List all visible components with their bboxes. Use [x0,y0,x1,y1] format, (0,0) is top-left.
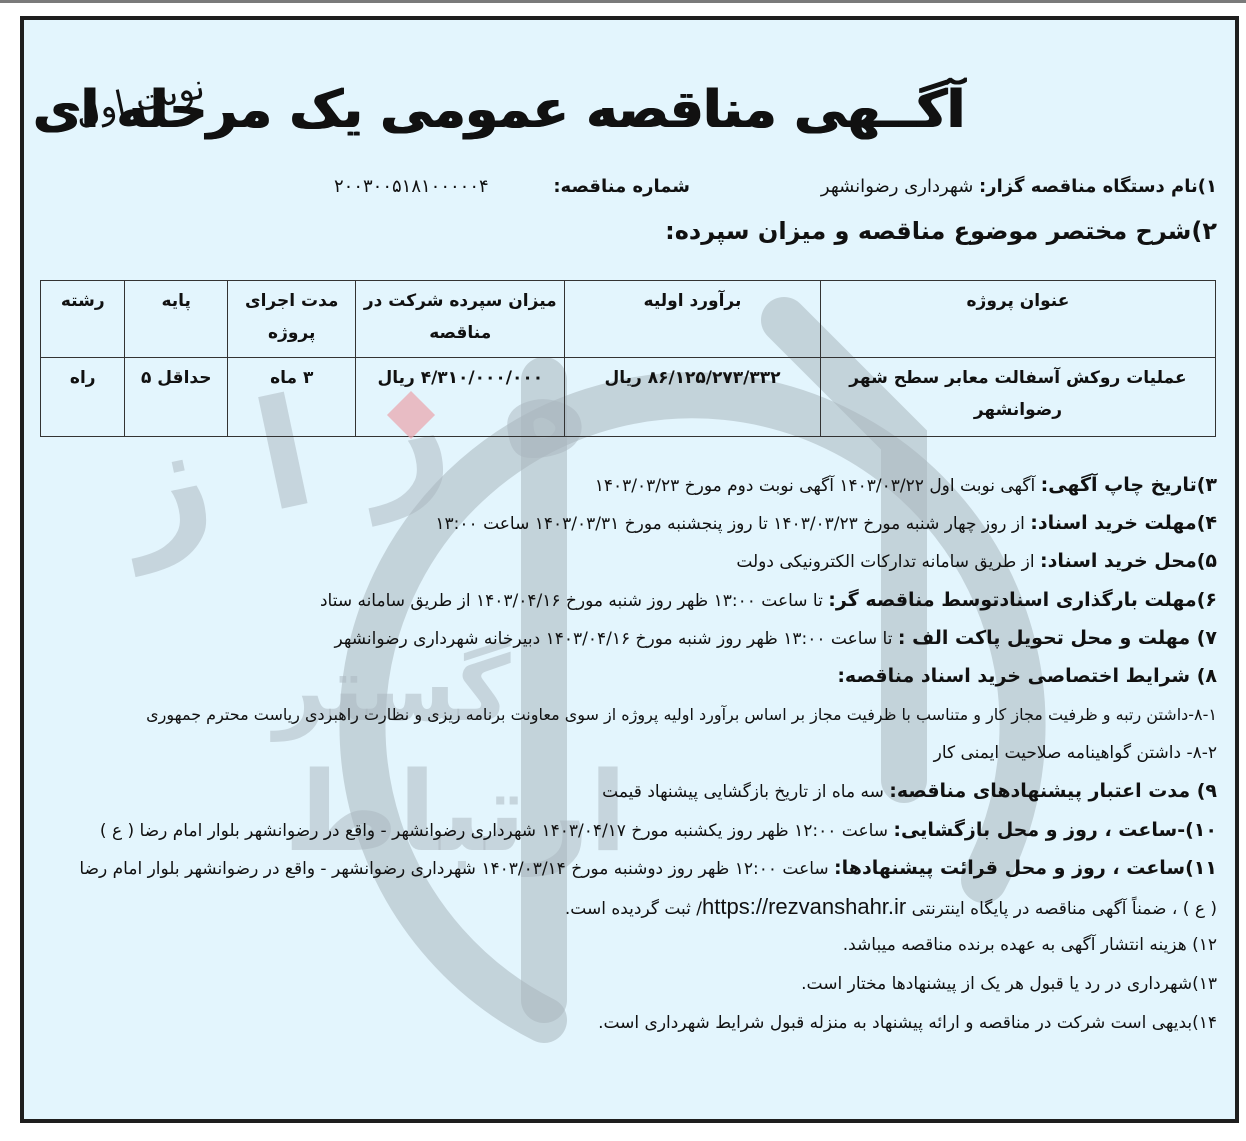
item-6-text: تا ساعت ۱۳:۰۰ ظهر روز شنبه مورخ ۱۴۰۳/۰۴/… [320,591,828,611]
tender-number-label: شماره مناقصه: [553,176,690,197]
item-4-text: از روز چهار شنبه مورخ ۱۴۰۳/۰۳/۲۳ تا روز … [435,514,1030,534]
item-6-label: ۶)مهلت بارگذاری اسنادتوسط مناقصه گر: [828,589,1217,611]
tender-number: ۲۰۰۳۰۰۵۱۸۱۰۰۰۰۰۴ [334,176,489,197]
table-row: عملیات روکش آسفالت معابر سطح شهر رضوانشه… [41,358,1216,437]
cell-deposit: ۴/۳۱۰/۰۰۰/۰۰۰ ریال [356,358,565,437]
col-project-title: عنوان پروژه [820,281,1215,358]
item-10-label: ۱۰)-ساعت ، روز و محل بازگشایی: [893,819,1217,841]
col-deposit: میزان سپرده شرکت در مناقصه [356,281,565,358]
website-link[interactable]: https://rezvanshahr.ir [702,894,906,919]
item-7: ۷) مهلت و محل تحویل پاکت الف : تا ساعت ۱… [335,625,1218,652]
item-10: ۱۰)-ساعت ، روز و محل بازگشایی: ساعت ۱۲:۰… [100,817,1217,844]
item-11: ۱۱)ساعت ، روز و محل قرائت پیشنهادها: ساع… [79,855,1217,882]
table-header-row: عنوان پروژه برآورد اولیه میزان سپرده شرک… [41,281,1216,358]
item-9-text: سه ماه از تاریخ بازگشایی پیشنهاد قیمت [602,782,889,802]
item-7-text: تا ساعت ۱۳:۰۰ ظهر روز شنبه مورخ ۱۴۰۳/۰۴/… [335,629,898,649]
item-8-2: ۸-۲- داشتن گواهینامه صلاحیت ایمنی کار [934,740,1217,766]
col-field: رشته [41,281,125,358]
item-11-continued: ( ع ) ، ضمناً آگهی مناقصه در پایگاه اینت… [565,894,1217,922]
col-grade: پایه [125,281,227,358]
organizer-label: ۱)نام دستگاه مناقصه گزار: [979,176,1217,197]
item-3: ۳)تاریخ چاپ آگهی: آگهی نوبت اول ۱۴۰۳/۰۳/… [595,472,1217,499]
item-5-label: ۵)محل خرید اسناد: [1040,550,1217,572]
cell-field: راه [41,358,125,437]
organizer-value: شهرداری رضوانشهر [821,176,973,197]
cell-project-title: عملیات روکش آسفالت معابر سطح شهر رضوانشه… [820,358,1215,437]
item-11-label: ۱۱)ساعت ، روز و محل قرائت پیشنهادها: [834,857,1217,879]
col-estimate: برآورد اولیه [565,281,821,358]
item-9-label: ۹) مدت اعتبار پیشنهادهای مناقصه: [889,780,1217,802]
cell-duration: ۳ ماه [227,358,356,437]
item-4-label: ۴)مهلت خرید اسناد: [1030,512,1217,534]
item-3-text: آگهی نوبت اول ۱۴۰۳/۰۳/۲۲ آگهی نوبت دوم م… [595,476,1041,496]
top-rule [0,0,1246,3]
item-8-1: ۸-۱-داشتن رتبه و ظرفیت مجاز کار و متناسب… [146,702,1217,728]
item-13: ۱۳)شهرداری در رد یا قبول هر یک از پیشنها… [801,971,1217,997]
col-duration: مدت اجرای پروژه [227,281,356,358]
item-11-text: ساعت ۱۲:۰۰ ظهر روز دوشنبه مورخ ۱۴۰۳/۰۳/۱… [79,859,834,879]
item-5-text: از طریق سامانه تدارکات الکترونیکی دولت [736,552,1040,572]
item-7-label: ۷) مهلت و محل تحویل پاکت الف : [898,627,1217,649]
item-11-cont-text: ( ع ) ، ضمناً آگهی مناقصه در پایگاه اینت… [906,899,1217,919]
cell-estimate: ۸۶/۱۲۵/۲۷۳/۳۳۲ ریال [565,358,821,437]
item-9: ۹) مدت اعتبار پیشنهادهای مناقصه: سه ماه … [602,778,1217,805]
item-14: ۱۴)بدیهی است شرکت در مناقصه و ارائه پیشن… [598,1010,1217,1036]
cell-grade: حداقل ۵ [125,358,227,437]
organizer-line: ۱)نام دستگاه مناقصه گزار: شهرداری رضوانش… [821,176,1217,197]
section-2-heading: ۲)شرح مختصر موضوع مناقصه و میزان سپرده: [665,218,1217,244]
tender-table: عنوان پروژه برآورد اولیه میزان سپرده شرک… [40,280,1216,437]
item-10-text: ساعت ۱۲:۰۰ ظهر روز یکشنبه مورخ ۱۴۰۳/۰۴/۱… [100,821,894,841]
item-5: ۵)محل خرید اسناد: از طریق سامانه تدارکات… [736,548,1217,575]
item-8-label: ۸) شرایط اختصاصی خرید اسناد مناقصه: [837,665,1217,687]
item-4: ۴)مهلت خرید اسناد: از روز چهار شنبه مورخ… [435,510,1217,537]
item-11-cont-after: / ثبت گردیده است. [565,899,702,919]
item-3-label: ۳)تاریخ چاپ آگهی: [1041,474,1217,496]
item-6: ۶)مهلت بارگذاری اسنادتوسط مناقصه گر: تا … [320,587,1217,614]
item-12: ۱۲) هزینه انتشار آگهی به عهده برنده مناق… [843,932,1217,958]
item-8: ۸) شرایط اختصاصی خرید اسناد مناقصه: [837,663,1217,690]
notice-frame: ه ر ا ز گستر ارتباط آگــهی مناقصه عمومی … [20,16,1239,1123]
tender-number-label-text: شماره مناقصه: [553,176,690,197]
